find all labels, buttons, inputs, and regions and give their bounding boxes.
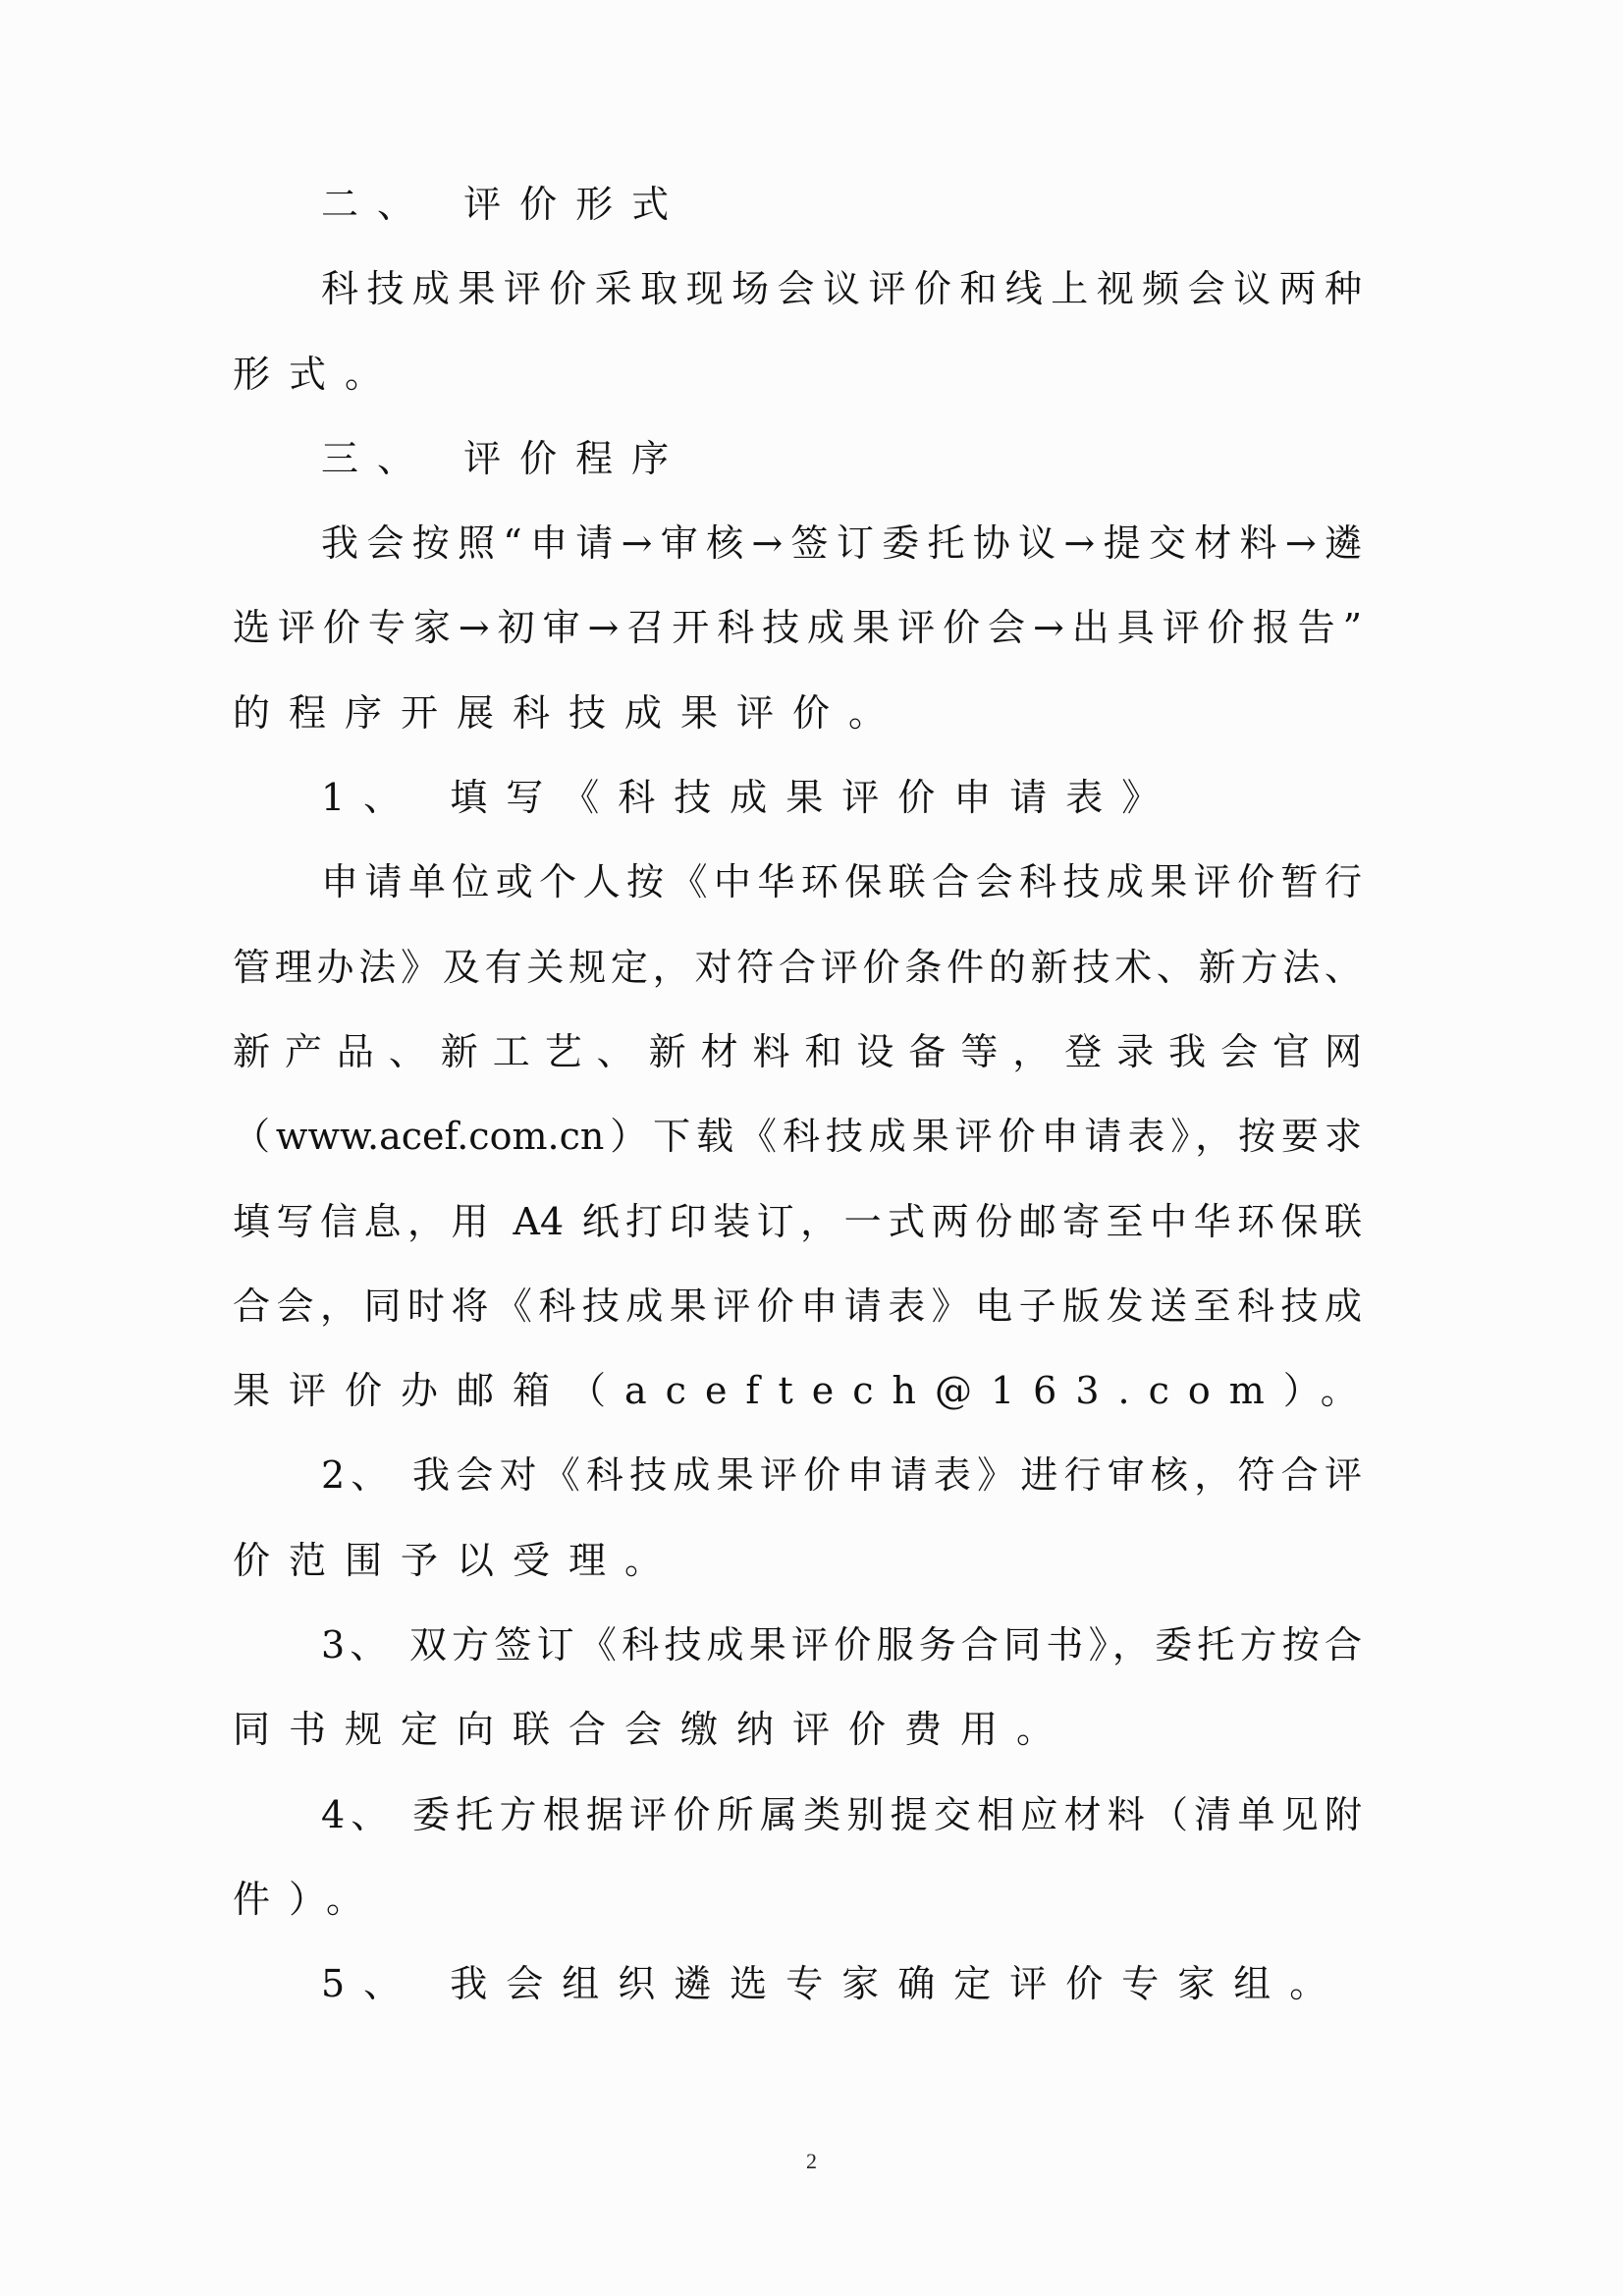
body-text: 3、 双方签订《科技成果评价服务合同书》，委托方按合: [321, 1622, 1362, 1667]
body-text: 我会按照“申请→审核→签订委托协议→提交材料→遴: [321, 520, 1362, 566]
paragraph-line: 选评价专家→初审→召开科技成果评价会→出具评价报告”: [233, 605, 1362, 689]
page-number: 2: [0, 2149, 1623, 2174]
paragraph-line: 同书规定向联合会缴纳评价费用。: [233, 1707, 1362, 1791]
body-text: 4、 委托方根据评价所属类别提交相应材料（清单见附: [321, 1792, 1362, 1837]
paragraph-line: 科技成果评价采取现场会议评价和线上视频会议两种: [233, 266, 1362, 351]
document-page: 二、 评价形式 科技成果评价采取现场会议评价和线上视频会议两种 形式。 三、 评…: [0, 0, 1623, 2296]
body-text: 新产品、新工艺、新材料和设备等，登录我会官网: [233, 1029, 1362, 1074]
paragraph-line: 形式。: [233, 352, 1362, 436]
section-heading-evaluation-form: 二、 评价形式: [233, 182, 1362, 266]
body-text: 选评价专家→初审→召开科技成果评价会→出具评价报告”: [233, 605, 1362, 650]
paragraph-line: 我会按照“申请→审核→签订委托协议→提交材料→遴: [233, 520, 1362, 605]
step-heading-1: 1、 填写《科技成果评价申请表》: [233, 775, 1362, 859]
paragraph-line: 合会，同时将《科技成果评价申请表》电子版发送至科技成: [233, 1284, 1362, 1368]
step-4-line: 4、 委托方根据评价所属类别提交相应材料（清单见附: [233, 1792, 1362, 1877]
paragraph-line: 填写信息，用 A4 纸打印装订，一式两份邮寄至中华环保联: [233, 1199, 1362, 1284]
body-text: 合会，同时将《科技成果评价申请表》电子版发送至科技成: [233, 1284, 1362, 1329]
paragraph-line: 申请单位或个人按《中华环保联合会科技成果评价暂行: [233, 859, 1362, 944]
paragraph-line: 的程序开展科技成果评价。: [233, 690, 1362, 775]
body-text: 的程序开展科技成果评价。: [233, 690, 1362, 736]
document-body: 二、 评价形式 科技成果评价采取现场会议评价和线上视频会议两种 形式。 三、 评…: [233, 182, 1362, 2047]
heading-text: 二、 评价形式: [321, 182, 1362, 227]
body-text: （www.acef.com.cn）下载《科技成果评价申请表》，按要求: [233, 1114, 1362, 1159]
paragraph-line-website: （www.acef.com.cn）下载《科技成果评价申请表》，按要求: [233, 1114, 1362, 1198]
body-text: 果评价办邮箱（aceftech@163.com）。: [233, 1368, 1362, 1413]
paragraph-line: 管理办法》及有关规定，对符合评价条件的新技术、新方法、: [233, 945, 1362, 1029]
body-text: 科技成果评价采取现场会议评价和线上视频会议两种: [321, 266, 1362, 311]
paragraph-line-email: 果评价办邮箱（aceftech@163.com）。: [233, 1368, 1362, 1452]
body-text: 5、 我会组织遴选专家确定评价专家组。: [321, 1961, 1362, 2006]
paragraph-line: 价范围予以受理。: [233, 1538, 1362, 1622]
body-text: 价范围予以受理。: [233, 1538, 1362, 1583]
heading-text: 三、 评价程序: [321, 436, 1362, 481]
step-3-line: 3、 双方签订《科技成果评价服务合同书》，委托方按合: [233, 1622, 1362, 1707]
paragraph-line: 新产品、新工艺、新材料和设备等，登录我会官网: [233, 1029, 1362, 1114]
body-text: 同书规定向联合会缴纳评价费用。: [233, 1707, 1362, 1752]
body-text: 填写信息，用 A4 纸打印装订，一式两份邮寄至中华环保联: [233, 1199, 1362, 1244]
body-text: 2、 我会对《科技成果评价申请表》进行审核，符合评: [321, 1452, 1362, 1498]
body-text: 形式。: [233, 352, 1362, 397]
body-text: 件）。: [233, 1877, 1362, 1922]
section-heading-evaluation-procedure: 三、 评价程序: [233, 436, 1362, 520]
heading-text: 1、 填写《科技成果评价申请表》: [321, 775, 1362, 820]
body-text: 管理办法》及有关规定，对符合评价条件的新技术、新方法、: [233, 945, 1362, 990]
step-2-line: 2、 我会对《科技成果评价申请表》进行审核，符合评: [233, 1452, 1362, 1537]
body-text: 申请单位或个人按《中华环保联合会科技成果评价暂行: [321, 859, 1362, 904]
step-5-line: 5、 我会组织遴选专家确定评价专家组。: [233, 1961, 1362, 2046]
paragraph-line: 件）。: [233, 1877, 1362, 1961]
